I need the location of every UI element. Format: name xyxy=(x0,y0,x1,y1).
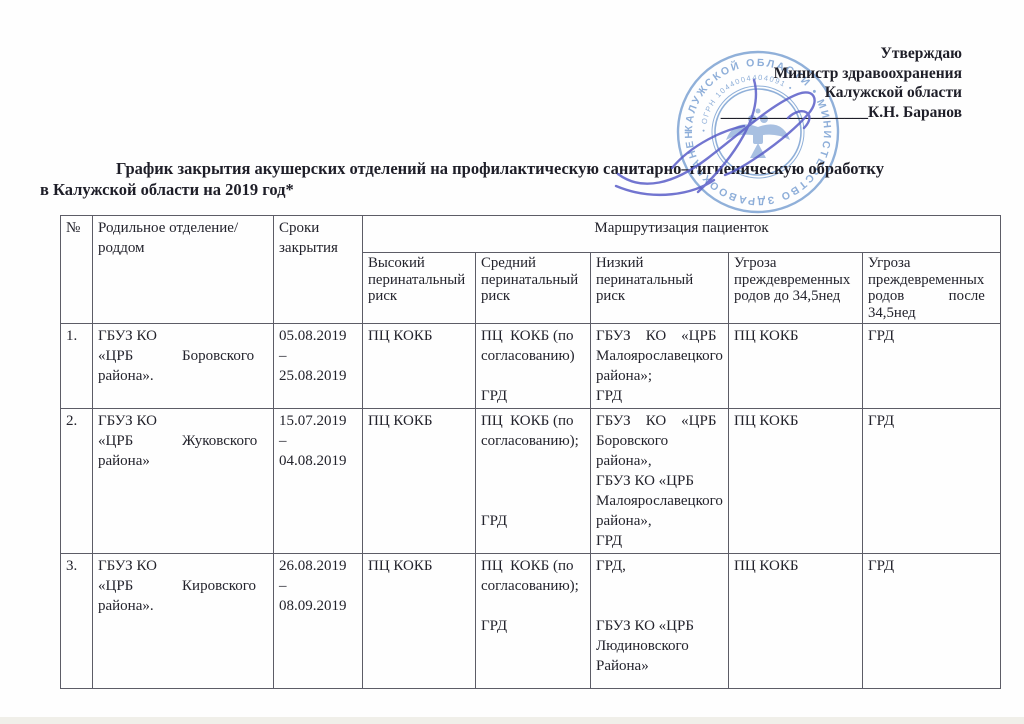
cell-r3-dates: 26.08.2019 – 08.09.2019 xyxy=(274,554,363,689)
cell-r2-department: ГБУЗ КО «ЦРБ Жуковского района» xyxy=(93,409,274,554)
cell-r3-risk-low: ГРД, ГБУЗ КО «ЦРБ Людиновского Района» xyxy=(591,554,729,689)
cell-r1-department: ГБУЗ КО «ЦРБ Боровского района». xyxy=(93,324,274,409)
cell-r2-risk-mid: ПЦ КОКБ (по согласованию); ГРД xyxy=(476,409,591,554)
cell-r2-dates: 15.07.2019 – 04.08.2019 xyxy=(274,409,363,554)
hdr-department: Родильное отделение/ роддом xyxy=(93,216,274,324)
cell-r3-threat-before: ПЦ КОКБ xyxy=(729,554,863,689)
cell-r3-department: ГБУЗ КО «ЦРБ Кировского района». xyxy=(93,554,274,689)
cell-r1-dates: 05.08.2019 – 25.08.2019 xyxy=(274,324,363,409)
scan-edge-artifact xyxy=(0,717,1024,724)
cell-r1-threat-after: ГРД xyxy=(863,324,1001,409)
cell-r2-risk-low: ГБУЗ КО «ЦРБ Боровского района», ГБУЗ КО… xyxy=(591,409,729,554)
hdr-num: № xyxy=(61,216,93,324)
hdr-risk-mid: Средний перинатальный риск xyxy=(476,253,591,324)
cell-r1-risk-low: ГБУЗ КО «ЦРБ Малоярославецкого района»; … xyxy=(591,324,729,409)
cell-r1-threat-before: ПЦ КОКБ xyxy=(729,324,863,409)
hdr-threat-before-34w: Угроза преждевременных родов до 34,5нед xyxy=(729,253,863,324)
cell-r3-risk-mid: ПЦ КОКБ (по согласованию); ГРД xyxy=(476,554,591,689)
closure-schedule-table: № Родильное отделение/ роддом Сроки закр… xyxy=(60,215,1001,689)
approval-line: Утверждаю xyxy=(721,44,962,64)
cell-r3-threat-after: ГРД xyxy=(863,554,1001,689)
cell-r1-risk-mid: ПЦ КОКБ (по согласованию) ГРД xyxy=(476,324,591,409)
cell-r2-threat-after: ГРД xyxy=(863,409,1001,554)
hdr-routing: Маршрутизация пациенток xyxy=(363,216,1001,253)
cell-r2-risk-high: ПЦ КОКБ xyxy=(363,409,476,554)
cell-r3-num: 3. xyxy=(61,554,93,689)
cell-r1-risk-high: ПЦ КОКБ xyxy=(363,324,476,409)
cell-r2-num: 2. xyxy=(61,409,93,554)
hdr-dates: Сроки закрытия xyxy=(274,216,363,324)
cell-r3-risk-high: ПЦ КОКБ xyxy=(363,554,476,689)
cell-r2-threat-before: ПЦ КОКБ xyxy=(729,409,863,554)
cell-r1-num: 1. xyxy=(61,324,93,409)
hdr-threat-after-34w: Угроза преждевременных родов после 34,5н… xyxy=(863,253,1001,324)
hdr-risk-high: Высокий перинатальный риск xyxy=(363,253,476,324)
signature-icon xyxy=(612,72,852,200)
hdr-risk-low: Низкий перинатальный риск xyxy=(591,253,729,324)
scanned-document-page: КАЛУЖСКОЙ ОБЛАСТИ • МИНИСТЕРСТВО ЗДРАВОО… xyxy=(0,0,1024,724)
